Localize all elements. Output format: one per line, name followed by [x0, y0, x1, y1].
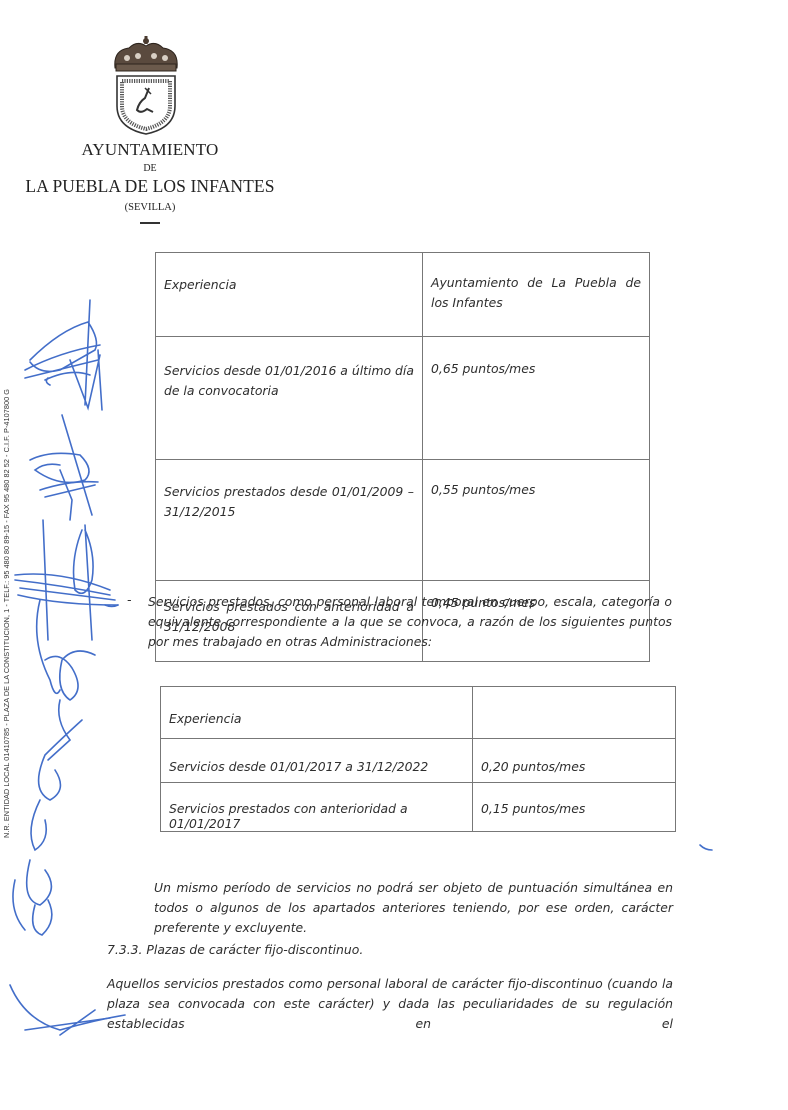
table-cell: 0,20 puntos/mes [473, 739, 676, 783]
letterhead-line-de: DE [40, 163, 260, 174]
table-cell: 0,15 puntos/mes [473, 783, 676, 832]
letterhead-divider [140, 222, 160, 224]
experience-table-other-administrations: Experiencia Servicios desde 01/01/2017 a… [160, 686, 676, 832]
bullet-marker: - [127, 592, 131, 607]
table-row: Servicios prestados desde 01/01/2009 – 3… [156, 460, 650, 581]
side-registry-text: N.R. ENTIDAD LOCAL 01410785 - PLAZA DE L… [2, 389, 11, 838]
table-cell: Servicios desde 01/01/2016 a último día … [156, 337, 423, 460]
table-row: Servicios prestados con anterioridad a 0… [161, 783, 676, 832]
table-header-cell: Experiencia [161, 687, 473, 739]
table-cell: Servicios prestados con anterioridad a 0… [161, 783, 473, 832]
paragraph-temporary-staff: Servicios prestados, como personal labor… [148, 592, 672, 652]
letterhead-line-ayuntamiento: AYUNTAMIENTO [40, 140, 260, 160]
table-row: Servicios desde 01/01/2017 a 31/12/2022 … [161, 739, 676, 783]
table-header-row: Experiencia Ayuntamiento de La Puebla de… [156, 253, 650, 337]
table-cell: 0,55 puntos/mes [423, 460, 650, 581]
table-header-cell: Ayuntamiento de La Puebla de los Infante… [423, 253, 650, 337]
table-header-row: Experiencia [161, 687, 676, 739]
table-cell: Servicios prestados desde 01/01/2009 – 3… [156, 460, 423, 581]
paragraph-fijo-discontinuo: Aquellos servicios prestados como person… [107, 974, 673, 1034]
table-header-cell [473, 687, 676, 739]
letterhead-line-province: (SEVILLA) [40, 202, 260, 213]
table-row: Servicios desde 01/01/2016 a último día … [156, 337, 650, 460]
coat-of-arms-icon [107, 36, 185, 136]
letterhead-line-municipality: LA PUEBLA DE LOS INFANTES [20, 176, 280, 197]
paragraph-non-cumulative-note: Un mismo período de servicios no podrá s… [154, 878, 673, 938]
section-heading-fijo-discontinuo: 7.3.3. Plazas de carácter fijo-discontin… [107, 940, 673, 960]
table-cell: Servicios desde 01/01/2017 a 31/12/2022 [161, 739, 473, 783]
table-header-cell: Experiencia [156, 253, 423, 337]
table-cell: 0,65 puntos/mes [423, 337, 650, 460]
